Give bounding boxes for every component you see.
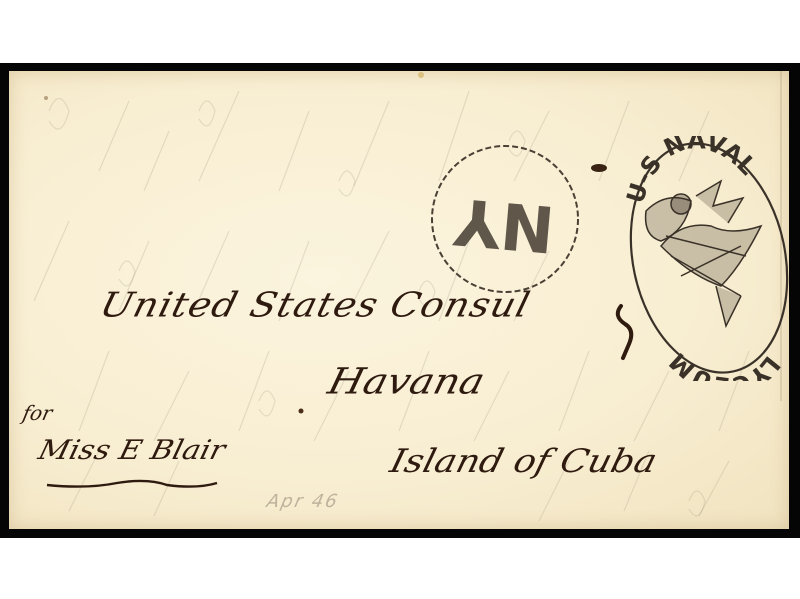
ny-circular-handstamp: NY xyxy=(427,139,587,299)
us-naval-lyceum-handstamp: U-S NAVAL LYCEUM xyxy=(621,136,789,381)
address-line-city: Havana xyxy=(324,361,489,402)
svg-text:U-S NAVAL: U-S NAVAL xyxy=(621,136,766,212)
address-line-island: Island of Cuba xyxy=(386,443,660,480)
forwarding-note-for: for xyxy=(20,401,54,425)
document-photo-frame: NY U-S NAVAL LYCEUM xyxy=(0,63,800,538)
address-line-consul: United States Consul xyxy=(96,285,535,325)
svg-text:LYCEUM: LYCEUM xyxy=(661,327,789,381)
letter-cover: NY U-S NAVAL LYCEUM xyxy=(9,71,789,529)
pencil-date-notation: Apr 46 xyxy=(265,491,341,512)
svg-text:NY: NY xyxy=(451,183,558,265)
forwarding-note-name: Miss E Blair xyxy=(35,435,228,467)
eagle-emblem-icon xyxy=(646,181,761,326)
